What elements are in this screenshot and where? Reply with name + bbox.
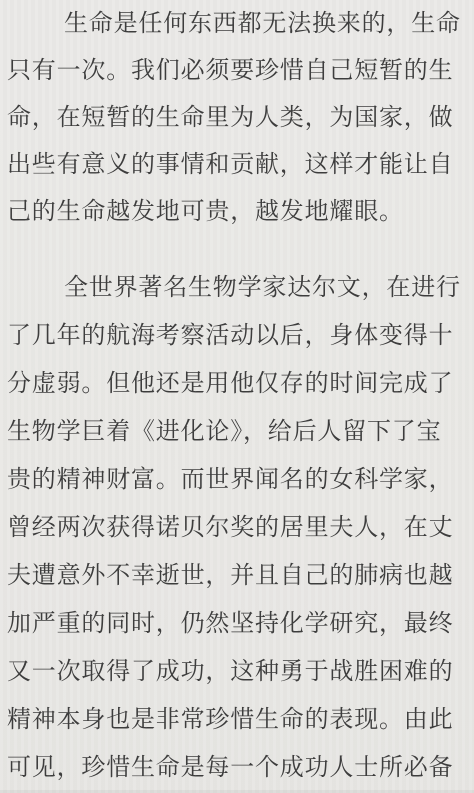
text-line: 生命是任何东西都无法换来的，生命	[7, 0, 466, 47]
text-line: 只有一次。我们必须要珍惜自己短暂的生	[7, 47, 466, 94]
text-line: 曾经两次获得诺贝尔奖的居里夫人，在丈	[7, 504, 466, 552]
paragraph-cherish-life: 生命是任何东西都无法换来的，生命 只有一次。我们必须要珍惜自己短暂的生 命，在短…	[7, 0, 466, 235]
text-line: 了几年的航海考察活动以后，身体变得十	[7, 312, 466, 360]
text-line: 加严重的同时，仍然坚持化学研究，最终	[7, 600, 466, 648]
text-line: 贵的精神财富。而世界闻名的女科学家，	[7, 456, 466, 504]
text-line: 生物学巨着《进化论》，给后人留下了宝	[7, 408, 466, 456]
text-line: 精神本身也是非常珍惜生命的表现。由此	[7, 696, 466, 744]
text-line: 命，在短暂的生命里为人类，为国家，做	[7, 94, 466, 141]
text-line: 分虚弱。但他还是用他仅存的时间完成了	[7, 360, 466, 408]
text-line: 出些有意义的事情和贡献，这样才能让自	[7, 141, 466, 188]
text-line: 己的生命越发地可贵，越发地耀眼。	[7, 188, 466, 235]
text-line: 可见，珍惜生命是每一个成功人士所必备	[7, 744, 466, 792]
document-page: 生命是任何东西都无法换来的，生命 只有一次。我们必须要珍惜自己短暂的生 命，在短…	[0, 0, 474, 793]
text-line: 又一次取得了成功，这种勇于战胜困难的	[7, 648, 466, 696]
text-line: 全世界著名生物学家达尔文，在进行	[7, 264, 466, 312]
paragraph-famous-examples: 全世界著名生物学家达尔文，在进行 了几年的航海考察活动以后，身体变得十 分虚弱。…	[7, 264, 466, 792]
text-line: 夫遭意外不幸逝世，并且自己的肺病也越	[7, 552, 466, 600]
